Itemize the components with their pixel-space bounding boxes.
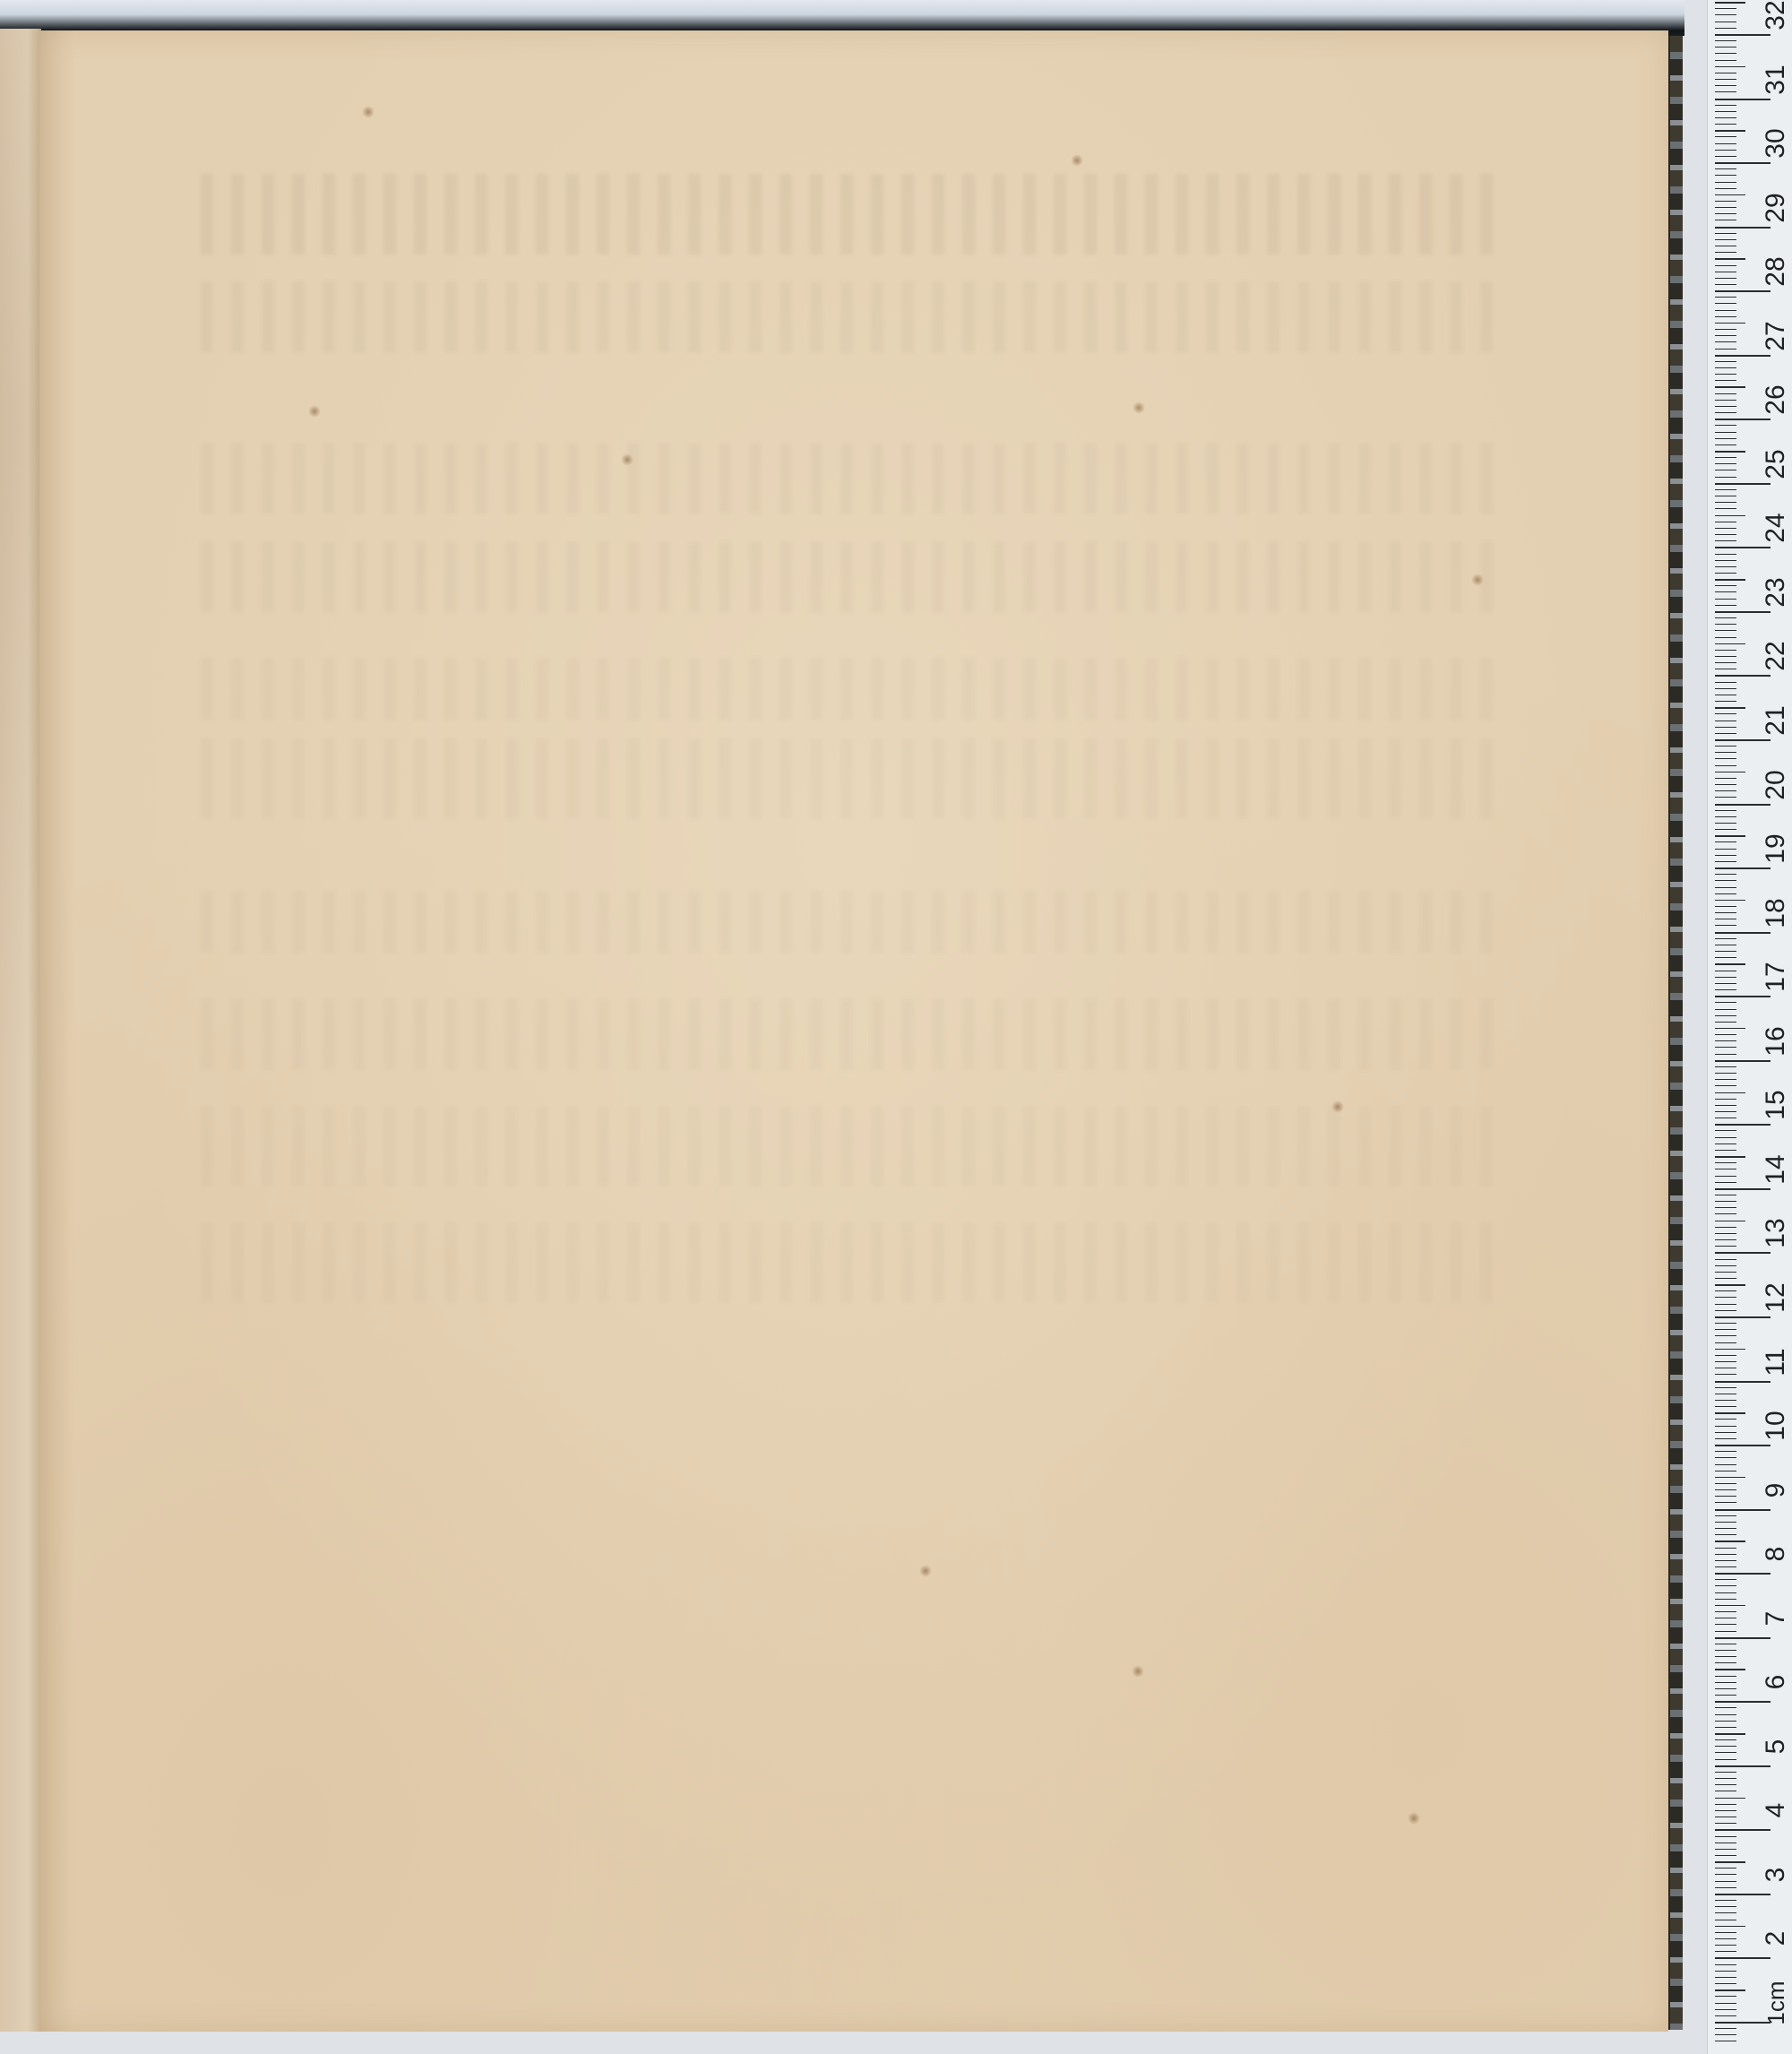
ruler-tick — [1715, 258, 1745, 260]
ruler-tick — [1715, 1566, 1736, 1567]
ruler-tick — [1715, 470, 1736, 470]
ruler-tick — [1715, 1445, 1770, 1446]
ruler-tick — [1715, 900, 1745, 902]
ruler-tick — [1715, 855, 1736, 856]
ruler-tick — [1715, 1951, 1736, 1952]
ruler-tick — [1715, 1977, 1736, 1978]
ruler-tick — [1715, 772, 1745, 773]
ruler-tick — [1715, 1662, 1736, 1663]
ruler-tick — [1715, 1162, 1736, 1163]
foxing-stain — [1132, 1665, 1144, 1678]
ruler-tick — [1715, 91, 1736, 92]
ruler-label: 5 — [1762, 1729, 1789, 1765]
ruler-tick — [1715, 932, 1770, 934]
ruler-tick — [1715, 1079, 1736, 1080]
ruler-tick — [1715, 438, 1736, 439]
book-cover-edge — [1668, 36, 1683, 2030]
ruler-tick — [1715, 1932, 1736, 1933]
ruler-tick — [1715, 560, 1736, 561]
ruler-tick — [1715, 1823, 1736, 1824]
ruler-label: 15 — [1762, 1087, 1789, 1123]
ruler-tick — [1715, 1290, 1736, 1291]
ruler-tick — [1715, 585, 1736, 586]
ruler-tick — [1715, 463, 1736, 464]
ruler-tick — [1715, 746, 1736, 747]
ruler-label: 11 — [1762, 1344, 1789, 1380]
ruler-tick — [1715, 1804, 1736, 1805]
ruler-tick — [1715, 816, 1736, 817]
ruler-label: 25 — [1762, 446, 1789, 482]
ruler-tick — [1715, 1457, 1736, 1458]
ruler-tick — [1715, 1861, 1745, 1863]
ruler-tick — [1715, 47, 1736, 47]
ruler-tick — [1715, 1124, 1770, 1126]
bleed-through-line — [201, 998, 1500, 1070]
ruler-tick — [1715, 1798, 1745, 1799]
ruler-tick — [1715, 79, 1736, 80]
ruler-tick — [1715, 355, 1770, 357]
ruler-tick — [1715, 239, 1736, 240]
ruler-tick — [1715, 643, 1745, 645]
ruler-tick — [1715, 1631, 1736, 1632]
ruler-tick — [1715, 1592, 1736, 1593]
ruler-tick — [1715, 2003, 1736, 2004]
ruler-tick — [1715, 752, 1736, 753]
ruler-tick — [1715, 765, 1736, 766]
ruler-tick — [1715, 1278, 1736, 1279]
ruler-tick — [1715, 1002, 1736, 1003]
ruler-label: 14 — [1762, 1152, 1789, 1187]
ruler-tick — [1715, 1085, 1736, 1086]
ruler-tick — [1715, 361, 1736, 362]
ruler-label: 24 — [1762, 510, 1789, 546]
ruler-label: 29 — [1762, 190, 1789, 226]
ruler-tick — [1715, 650, 1736, 651]
ruler-tick — [1715, 53, 1736, 54]
ruler-tick — [1715, 996, 1770, 997]
ruler-tick — [1715, 951, 1736, 952]
ruler-tick — [1715, 713, 1736, 714]
foxing-stain — [1071, 154, 1083, 167]
ruler-tick — [1715, 156, 1736, 157]
left-page-edge — [0, 29, 41, 2032]
ruler-tick — [1715, 804, 1770, 806]
ruler-tick — [1715, 1201, 1736, 1202]
ruler-tick — [1715, 829, 1736, 830]
ruler-tick — [1715, 246, 1736, 246]
ruler-tick — [1715, 656, 1736, 657]
ruler-tick — [1715, 316, 1736, 317]
ruler-label: 21 — [1762, 703, 1789, 738]
ruler-tick — [1715, 1188, 1770, 1190]
ruler-tick — [1715, 983, 1736, 984]
ruler-label: 26 — [1762, 382, 1789, 418]
ruler-tick — [1715, 60, 1736, 61]
ruler-label: 32 — [1762, 0, 1789, 33]
ruler-tick — [1715, 1246, 1736, 1247]
ruler-tick — [1715, 727, 1736, 728]
ruler-tick — [1715, 721, 1736, 721]
ruler-tick — [1715, 688, 1736, 689]
foxing-stain — [919, 1565, 932, 1577]
ruler-label: 18 — [1762, 895, 1789, 931]
foxing-stain — [1471, 574, 1484, 586]
ruler-label: 1cm — [1762, 1976, 1789, 2030]
ruler-tick — [1715, 1073, 1736, 1074]
ruler-tick — [1715, 867, 1770, 869]
ruler-tick — [1715, 893, 1736, 894]
ruler-tick — [1715, 1323, 1736, 1324]
ruler-tick — [1715, 1150, 1736, 1151]
ruler-tick — [1715, 1534, 1736, 1535]
ruler-tick — [1715, 1791, 1736, 1791]
ruler-tick — [1715, 1810, 1736, 1811]
ruler-tick — [1715, 874, 1736, 875]
ruler-tick — [1715, 2015, 1736, 2016]
ruler-tick — [1715, 85, 1736, 86]
ruler-tick — [1715, 1259, 1736, 1260]
ruler-tick — [1715, 303, 1736, 304]
ruler-tick — [1715, 547, 1770, 548]
ruler-tick — [1715, 841, 1736, 842]
ruler-tick — [1715, 1605, 1745, 1607]
ruler-tick — [1715, 810, 1736, 811]
ruler-tick — [1715, 945, 1736, 945]
ruler-tick — [1715, 194, 1745, 196]
ruler-tick — [1715, 912, 1736, 913]
ruler-tick — [1715, 1522, 1736, 1523]
ruler-tick — [1715, 444, 1736, 445]
ruler-tick — [1715, 1176, 1736, 1177]
ruler-tick — [1715, 906, 1736, 907]
ruler-tick — [1715, 1284, 1745, 1286]
ruler-label: 8 — [1762, 1536, 1789, 1572]
bleed-through-line — [201, 1106, 1500, 1187]
ruler-tick — [1715, 1669, 1745, 1670]
ruler-tick — [1715, 386, 1745, 388]
ruler-tick — [1715, 182, 1736, 183]
ruler-tick — [1715, 919, 1736, 919]
ruler-tick — [1715, 432, 1736, 433]
ruler-tick — [1715, 1092, 1745, 1094]
ruler-label: 23 — [1762, 574, 1789, 610]
ruler-tick — [1715, 117, 1736, 118]
ruler-tick — [1715, 1849, 1736, 1850]
ruler-tick — [1715, 1451, 1736, 1452]
ruler-tick — [1715, 797, 1736, 798]
ruler-tick — [1715, 849, 1736, 850]
ruler-tick — [1715, 1926, 1745, 1928]
ruler-tick — [1715, 1464, 1736, 1465]
ruler-tick — [1715, 1989, 1745, 1991]
ruler-tick — [1715, 1868, 1736, 1868]
book-page — [39, 30, 1668, 2032]
ruler-tick — [1715, 1912, 1736, 1913]
ruler-tick — [1715, 99, 1770, 100]
ruler-tick — [1715, 496, 1736, 496]
ruler-tick — [1715, 1361, 1736, 1362]
ruler-tick — [1715, 1387, 1736, 1388]
ruler-tick — [1715, 1111, 1736, 1112]
ruler-label: 20 — [1762, 767, 1789, 803]
ruler-tick — [1715, 1040, 1736, 1041]
ruler-tick — [1715, 515, 1745, 517]
ruler-tick — [1715, 265, 1736, 266]
ruler-tick — [1715, 1066, 1736, 1067]
ruler-tick — [1715, 1945, 1736, 1946]
ruler-tick — [1715, 1489, 1736, 1490]
ruler-tick — [1715, 323, 1745, 324]
ruler-tick — [1715, 367, 1736, 368]
ruler-tick — [1715, 406, 1736, 407]
ruler-tick — [1715, 1355, 1736, 1356]
ruler-tick — [1715, 1701, 1770, 1703]
ruler-tick — [1715, 374, 1736, 375]
ruler-tick — [1715, 1765, 1770, 1767]
ruler-tick — [1715, 611, 1770, 613]
ruler-tick — [1715, 457, 1736, 458]
ruler-tick — [1715, 1304, 1736, 1305]
ruler-tick — [1715, 1656, 1736, 1657]
ruler-tick — [1715, 1579, 1736, 1580]
ruler-tick — [1715, 1297, 1736, 1298]
ruler-tick — [1715, 566, 1736, 567]
ruler-tick — [1715, 1688, 1736, 1689]
ruler-tick — [1715, 1778, 1736, 1779]
ruler-tick — [1715, 579, 1745, 581]
ruler-tick — [1715, 669, 1736, 669]
ruler-tick — [1715, 637, 1736, 638]
ruler-tick — [1715, 1554, 1736, 1555]
ruler-tick — [1715, 1374, 1736, 1375]
ruler-tick — [1715, 1733, 1745, 1735]
ruler-tick — [1715, 1130, 1736, 1131]
ruler-tick — [1715, 784, 1736, 785]
foxing-stain — [1331, 1100, 1344, 1113]
ruler-tick — [1715, 1105, 1736, 1106]
ruler-tick — [1715, 1009, 1736, 1010]
ruler-label: 17 — [1762, 959, 1789, 995]
ruler-tick — [1715, 880, 1736, 881]
ruler-label: 9 — [1762, 1472, 1789, 1508]
ruler-tick — [1715, 1221, 1745, 1222]
ruler-tick — [1715, 1983, 1736, 1984]
ruler-tick — [1715, 1772, 1736, 1773]
ruler-tick — [1715, 1265, 1736, 1266]
ruler-tick — [1715, 1015, 1736, 1016]
ruler-tick — [1715, 1182, 1736, 1183]
ruler-label: 12 — [1762, 1280, 1789, 1316]
ruler-tick — [1715, 1400, 1736, 1401]
ruler-tick — [1715, 393, 1736, 394]
ruler-tick — [1715, 213, 1736, 214]
ruler-tick — [1715, 1368, 1736, 1368]
ruler-tick — [1715, 1022, 1736, 1023]
ruler-tick — [1715, 419, 1770, 420]
ruler-tick — [1715, 1342, 1736, 1343]
ruler-tick — [1715, 1843, 1736, 1843]
ruler-tick — [1715, 162, 1770, 164]
ruler-label: 10 — [1762, 1408, 1789, 1444]
ruler-tick — [1715, 1412, 1745, 1414]
ruler-tick — [1715, 758, 1736, 759]
ruler-tick — [1715, 1881, 1736, 1882]
ruler-tick — [1715, 1471, 1736, 1471]
ruler-tick — [1715, 605, 1736, 606]
ruler-tick — [1715, 1394, 1736, 1394]
ruler-tick — [1715, 335, 1736, 336]
ruler-tick — [1715, 1528, 1736, 1529]
ruler-tick — [1715, 105, 1736, 106]
ruler-tick — [1715, 477, 1736, 478]
ruler-tick — [1715, 1252, 1770, 1254]
ruler-tick — [1715, 861, 1736, 862]
ruler-tick — [1715, 310, 1736, 311]
ruler-tick — [1715, 1483, 1736, 1484]
ruler-tick — [1715, 175, 1736, 176]
foxing-stain — [308, 405, 321, 418]
ruler-tick — [1715, 1509, 1770, 1511]
ruler-tick — [1715, 1637, 1770, 1639]
ruler-tick — [1715, 1676, 1736, 1677]
ruler-tick — [1715, 925, 1736, 926]
ruler-tick — [1715, 220, 1736, 220]
ruler-tick — [1715, 252, 1736, 253]
ruler-tick — [1715, 617, 1736, 618]
ruler-tick — [1715, 591, 1736, 592]
ruler-tick — [1715, 489, 1736, 490]
ruler-tick — [1715, 1426, 1736, 1427]
ruler-tick — [1715, 1894, 1770, 1895]
ruler-tick — [1715, 1477, 1745, 1479]
ruler-label: 27 — [1762, 318, 1789, 354]
ruler-tick — [1715, 599, 1736, 600]
ruler-tick — [1715, 1938, 1736, 1939]
ruler-tick — [1715, 682, 1736, 683]
ruler-tick — [1715, 1573, 1770, 1575]
ruler-tick — [1715, 1329, 1736, 1330]
ruler-tick — [1715, 1727, 1736, 1728]
ruler-tick — [1715, 1560, 1736, 1561]
bleed-through-line — [201, 738, 1500, 819]
ruler-label: 30 — [1762, 125, 1789, 161]
ruler-tick — [1715, 1381, 1770, 1383]
ruler-tick — [1715, 2009, 1736, 2010]
ruler-tick — [1715, 1047, 1736, 1048]
ruler-tick — [1715, 1618, 1736, 1618]
ruler-tick — [1715, 278, 1736, 279]
ruler-tick — [1715, 168, 1736, 169]
ruler-tick — [1715, 502, 1736, 503]
ruler-tick — [1715, 8, 1736, 9]
ruler-tick — [1715, 508, 1736, 509]
ruler-tick — [1715, 695, 1736, 695]
ruler-tick — [1715, 790, 1736, 791]
ruler-tick — [1715, 662, 1736, 663]
ruler-tick — [1715, 1599, 1736, 1600]
ruler-tick — [1715, 297, 1736, 298]
ruler-tick — [1715, 1496, 1736, 1497]
ruler-tick — [1715, 1118, 1736, 1118]
ruler-tick — [1715, 835, 1745, 837]
ruler-tick — [1715, 1739, 1736, 1740]
ruler-tick — [1715, 1752, 1736, 1753]
ruler-tick — [1715, 329, 1736, 330]
ruler-tick — [1715, 739, 1770, 741]
foxing-stain — [362, 106, 375, 118]
ruler-tick — [1715, 380, 1736, 381]
ruler-tick — [1715, 701, 1736, 702]
ruler-tick — [1715, 1695, 1736, 1696]
ruler-tick — [1715, 1996, 1736, 1997]
ruler-tick — [1715, 1335, 1736, 1336]
ruler-tick — [1715, 284, 1736, 285]
bleed-through-line — [201, 443, 1500, 514]
ruler-tick — [1715, 1829, 1770, 1831]
ruler-label: 31 — [1762, 62, 1789, 98]
ruler-tick — [1715, 1028, 1745, 1030]
ruler-tick — [1715, 73, 1736, 73]
ruler-tick — [1715, 1034, 1736, 1035]
ruler-tick — [1715, 2028, 1736, 2029]
ruler-tick — [1715, 1272, 1736, 1273]
ruler-tick — [1715, 675, 1770, 677]
ruler-tick — [1715, 290, 1770, 292]
ruler-tick — [1715, 1233, 1736, 1234]
ruler-label: 19 — [1762, 831, 1789, 867]
ruler-tick — [1715, 233, 1736, 234]
bleed-through-header — [201, 174, 1500, 255]
ruler-tick — [1715, 425, 1736, 426]
ruler-tick — [1715, 1349, 1745, 1351]
ruler-tick — [1715, 1099, 1736, 1100]
ruler-tick — [1715, 1874, 1736, 1875]
ruler-tick — [1715, 1714, 1736, 1715]
ruler-tick — [1715, 630, 1736, 631]
ruler-tick — [1715, 2034, 1736, 2035]
ruler-tick — [1715, 1213, 1736, 1214]
ruler-tick — [1715, 1855, 1736, 1856]
ruler-label: 22 — [1762, 638, 1789, 674]
ruler-tick — [1715, 1515, 1736, 1516]
foxing-stain — [1133, 401, 1145, 414]
ruler-tick — [1715, 1682, 1736, 1683]
ruler-tick — [1715, 1239, 1736, 1240]
ruler-tick — [1715, 989, 1736, 990]
ruler-tick — [1715, 1759, 1736, 1760]
ruler-tick — [1715, 707, 1745, 709]
ruler-tick — [1715, 733, 1736, 734]
ruler-label: 3 — [1762, 1857, 1789, 1893]
ruler-tick — [1715, 272, 1736, 272]
ruler-tick — [1715, 957, 1736, 958]
ruler-tick — [1715, 1964, 1736, 1965]
bleed-through-line — [201, 891, 1500, 954]
ruler-tick — [1715, 1650, 1736, 1651]
ruler-tick — [1715, 188, 1736, 189]
ruler-tick — [1715, 1611, 1736, 1612]
ruler-label: 28 — [1762, 254, 1789, 289]
ruler-tick — [1715, 971, 1736, 971]
ruler-tick — [1715, 1624, 1736, 1625]
ruler-tick — [1715, 124, 1736, 125]
ruler-tick — [1715, 1920, 1736, 1920]
ruler-tick — [1715, 2041, 1736, 2041]
ruler-tick — [1715, 1054, 1736, 1055]
ruler-tick — [1715, 1746, 1736, 1747]
ruler-tick — [1715, 1137, 1736, 1138]
ruler-tick — [1715, 1906, 1736, 1907]
